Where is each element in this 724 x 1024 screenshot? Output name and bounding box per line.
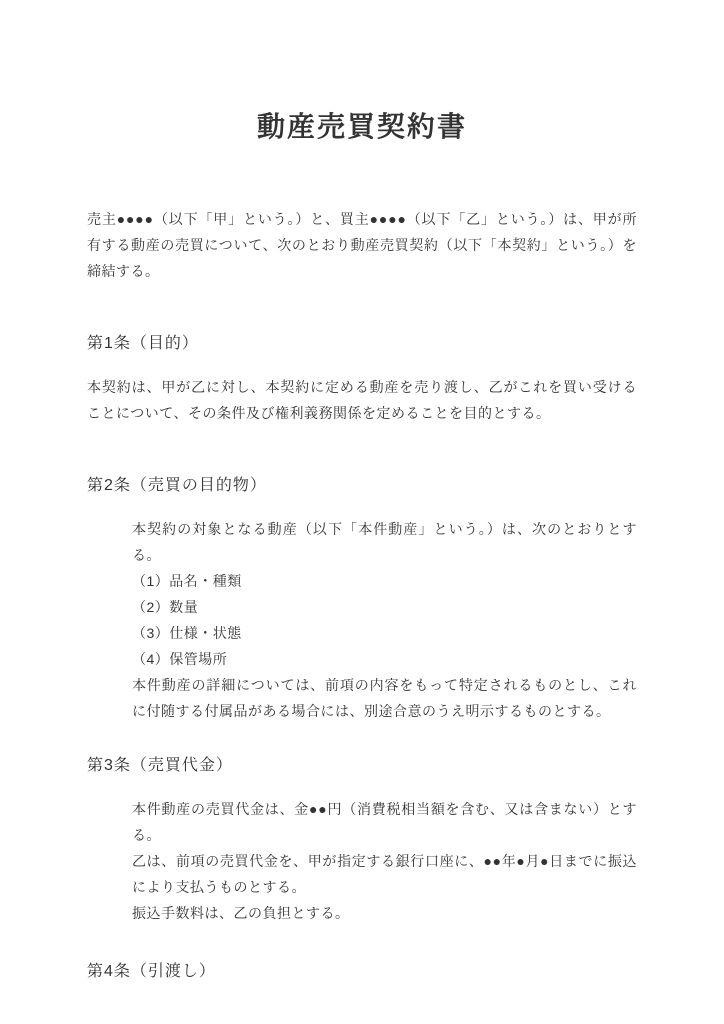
article-section: 第3条（売買代金）本件動産の売買代金は、金●●円（消費税相当額を含む、又は含まな…	[87, 754, 637, 926]
article-section: 第4条（引渡し）	[87, 960, 637, 984]
article-heading: 第2条（売買の目的物）	[87, 474, 637, 498]
article-body: 本契約は、甲が乙に対し、本契約に定める動産を売り渡し、乙がこれを買い受けることに…	[87, 374, 637, 426]
contract-page: 動産売買契約書 売主●●●●（以下「甲」という。）と、買主●●●●（以下「乙」と…	[0, 0, 724, 1024]
preamble-paragraph: 売主●●●●（以下「甲」という。）と、買主●●●●（以下「乙」という。）は、甲が…	[87, 206, 637, 284]
article-paragraph: 本件動産の売買代金は、金●●円（消費税相当額を含む、又は含まない）とする。	[132, 796, 637, 848]
articles: 第1条（目的）本契約は、甲が乙に対し、本契約に定める動産を売り渡し、乙がこれを買…	[87, 332, 637, 984]
article-heading: 第3条（売買代金）	[87, 754, 637, 778]
article-body: 本件動産の売買代金は、金●●円（消費税相当額を含む、又は含まない）とする。乙は、…	[132, 796, 637, 926]
article-section: 第2条（売買の目的物）本契約の対象となる動産（以下「本件動産」という。）は、次の…	[87, 474, 637, 724]
article-body: 本契約の対象となる動産（以下「本件動産」という。）は、次のとおりとする。（1）品…	[132, 516, 637, 724]
article-paragraph: 本契約の対象となる動産（以下「本件動産」という。）は、次のとおりとする。	[132, 516, 637, 568]
article-heading: 第4条（引渡し）	[87, 960, 637, 984]
article-heading: 第1条（目的）	[87, 332, 637, 356]
article-paragraph: 乙は、前項の売買代金を、甲が指定する銀行口座に、●●年●月●日までに振込により支…	[132, 848, 637, 900]
article-paragraph: 本契約は、甲が乙に対し、本契約に定める動産を売り渡し、乙がこれを買い受けることに…	[87, 374, 637, 426]
article-paragraph: 本件動産の詳細については、前項の内容をもって特定されるものとし、これに付随する付…	[132, 672, 637, 724]
article-paragraph: （1）品名・種類	[132, 568, 637, 594]
article-paragraph: 振込手数料は、乙の負担とする。	[132, 900, 637, 926]
document-title: 動産売買契約書	[87, 110, 637, 144]
article-section: 第1条（目的）本契約は、甲が乙に対し、本契約に定める動産を売り渡し、乙がこれを買…	[87, 332, 637, 426]
article-paragraph: （3）仕様・状態	[132, 620, 637, 646]
article-paragraph: （2）数量	[132, 594, 637, 620]
article-paragraph: （4）保管場所	[132, 646, 637, 672]
